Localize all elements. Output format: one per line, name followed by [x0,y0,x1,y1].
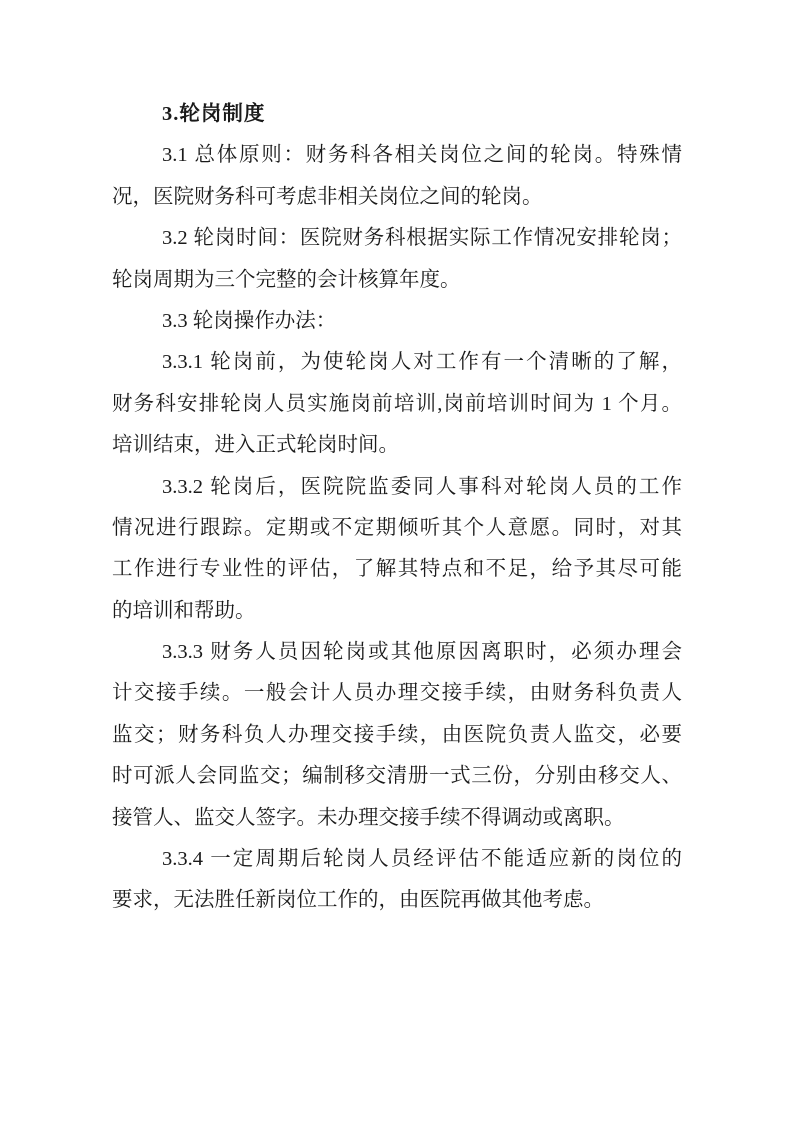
text-line: 3.轮岗制度 [112,94,682,135]
text-line: 监交；财务科负人办理交接手续，由医院负责人监交，必要 [112,715,682,756]
text-line: 的培训和帮助。 [112,591,682,632]
text-line: 财务科安排轮岗人员实施岗前培训,岗前培训时间为 1 个月。 [112,384,682,425]
text-line: 3.3.1 轮岗前，为使轮岗人对工作有一个清晰的了解， [112,342,682,383]
text-line: 工作进行专业性的评估，了解其特点和不足，给予其尽可能 [112,549,682,590]
text-line: 轮岗周期为三个完整的会计核算年度。 [112,260,682,301]
text-line: 时可派人会同监交；编制移交清册一式三份，分别由移交人、 [112,756,682,797]
text-line: 3.3.2 轮岗后，医院院监委同人事科对轮岗人员的工作 [112,467,682,508]
text-line: 3.1 总体原则：财务科各相关岗位之间的轮岗。特殊情 [112,135,682,176]
text-line: 接管人、监交人签字。未办理交接手续不得调动或离职。 [112,798,682,839]
text-line: 培训结束，进入正式轮岗时间。 [112,425,682,466]
text-line: 计交接手续。一般会计人员办理交接手续，由财务科负责人 [112,673,682,714]
text-line: 3.3.4 一定周期后轮岗人员经评估不能适应新的岗位的 [112,839,682,880]
text-line: 3.2 轮岗时间：医院财务科根据实际工作情况安排轮岗； [112,218,682,259]
text-line: 要求，无法胜任新岗位工作的，由医院再做其他考虑。 [112,880,682,921]
text-line: 况，医院财务科可考虑非相关岗位之间的轮岗。 [112,177,682,218]
text-block: 3.轮岗制度3.1 总体原则：财务科各相关岗位之间的轮岗。特殊情况，医院财务科可… [112,94,682,922]
text-line: 3.3.3 财务人员因轮岗或其他原因离职时，必须办理会 [112,632,682,673]
text-line: 3.3 轮岗操作办法： [112,301,682,342]
text-line: 情况进行跟踪。定期或不定期倾听其个人意愿。同时，对其 [112,508,682,549]
document-page: 3.轮岗制度3.1 总体原则：财务科各相关岗位之间的轮岗。特殊情况，医院财务科可… [0,0,793,1122]
